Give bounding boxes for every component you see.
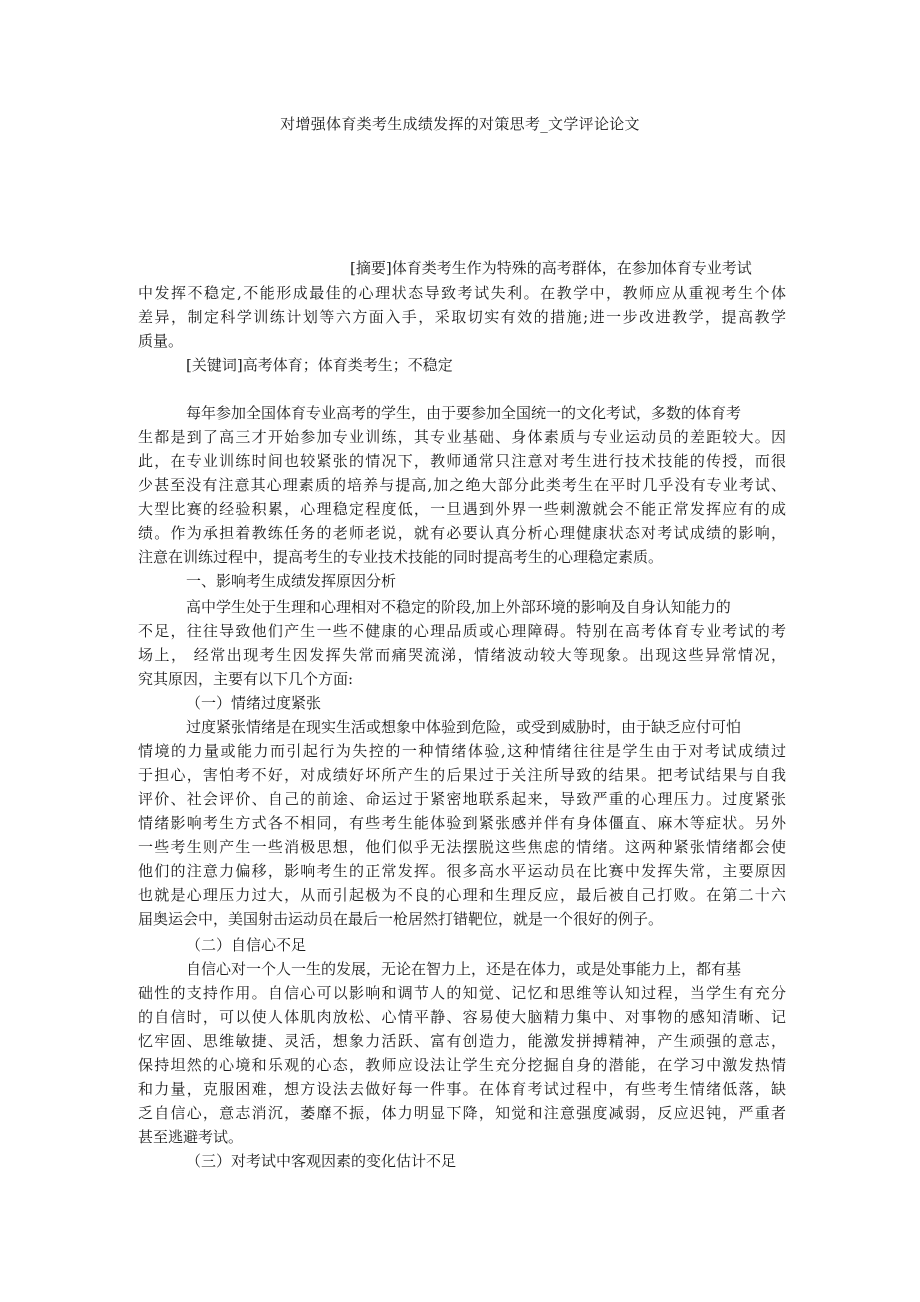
- text-line: [关键词]高考体育；体育类考生；不稳定: [186, 355, 453, 375]
- text-line: （三）对考试中客观因素的变化估计不足: [186, 1151, 456, 1171]
- text-line: [摘要]体育类考生作为特殊的高考群体，在参加体育专业考试: [350, 258, 752, 278]
- text-line: 础性的支持作用。自信心可以影响和调节人的知觉、记忆和思维等认知过程，当学生有充分: [138, 983, 786, 1003]
- text-line: （二）自信心不足: [186, 935, 306, 955]
- text-line: 届奥运会中，美国射击运动员在最后一枪居然打错靶位，就是一个很好的例子。: [138, 909, 663, 929]
- text-line: 情绪影响考生方式各不相同，有些考生能体验到紧张感并伴有身体僵直、麻木等症状。另外: [138, 813, 786, 833]
- text-line: 少甚至没有注意其心理素质的培养与提高,加之绝大部分此类考生在平时几乎没有专业考试…: [138, 475, 786, 495]
- text-line: 不足，往往导致他们产生一些不健康的心理品质或心理障碍。特别在高考体育专业考试的考: [138, 621, 786, 641]
- text-line: （一）情绪过度紧张: [186, 693, 321, 713]
- text-line: 评价、社会评价、自己的前途、命运过于紧密地联系起来，导致严重的心理压力。过度紧张: [138, 789, 786, 809]
- text-line: 场上， 经常出现考生因发挥失常而痛哭流涕，情绪波动较大等现象。出现这些异常情况，: [138, 645, 786, 665]
- text-line: 差异，制定科学训练计划等六方面入手，采取切实有效的措施;进一步改进教学，提高教学: [138, 307, 786, 327]
- text-line: 也就是心理压力过大，从而引起极为不良的心理和生理反应，最后被自己打败。在第二十六: [138, 885, 786, 905]
- text-line: 此，在专业训练时间也较紧张的情况下，教师通常只注意对考生进行技术技能的传授，而很: [138, 451, 786, 471]
- text-line: 究其原因，主要有以下几个方面:: [138, 669, 353, 689]
- text-line: 他们的注意力偏移，影响考生的正常发挥。很多高水平运动员在比赛中发挥失常，主要原因: [138, 861, 786, 881]
- text-line: 情境的力量或能力而引起行为失控的一种情绪体验,这种情绪往往是学生由于对考试成绩过: [138, 741, 786, 761]
- text-line: 大型比赛的经验积累，心理稳定程度低，一旦遇到外界一些刺激就会不能正常发挥应有的成: [138, 499, 786, 519]
- text-line: 保持坦然的心境和乐观的心态，教师应设法让学生充分挖掘自身的潜能，在学习中激发热情: [138, 1055, 786, 1075]
- text-line: 和力量，克服困难，想方设法去做好每一件事。在体育考试过程中，有些考生情绪低落，缺: [138, 1079, 786, 1099]
- text-line: 忆牢固、思维敏捷、灵活，想象力活跃、富有创造力，能激发拼搏精神，产生顽强的意志，: [138, 1031, 786, 1051]
- text-line: 生都是到了高三才开始参加专业训练，其专业基础、身体素质与专业运动员的差距较大。因: [138, 427, 786, 447]
- text-line: 自信心对一个人一生的发展，无论在智力上，还是在体力，或是处事能力上，都有基: [186, 959, 741, 979]
- text-line: 一、影响考生成绩发挥原因分析: [186, 571, 396, 591]
- text-line: 质量。: [138, 331, 183, 351]
- text-line: 的自信时，可以使人体肌肉放松、心情平静、容易使大脑精力集中、对事物的感知清晰、记: [138, 1007, 786, 1027]
- text-line: 注意在训练过程中，提高考生的专业技术技能的同时提高考生的心理稳定素质。: [138, 547, 663, 567]
- text-line: 每年参加全国体育专业高考的学生，由于要参加全国统一的文化考试，多数的体育考: [186, 403, 741, 423]
- text-line: 甚至逃避考试。: [138, 1127, 243, 1147]
- text-line: 乏自信心，意志消沉，萎靡不振，体力明显下降，知觉和注意强度减弱，反应迟钝，严重者: [138, 1103, 786, 1123]
- text-line: 高中学生处于生理和心理相对不稳定的阶段,加上外部环境的影响及自身认知能力的: [186, 597, 731, 617]
- text-line: 中发挥不稳定,不能形成最佳的心理状态导致考试失利。在教学中，教师应从重视考生个体: [138, 283, 786, 303]
- document-title: 对增强体育类考生成绩发挥的对策思考_文学评论论文: [0, 113, 920, 134]
- text-line: 过度紧张情绪是在现实生活或想象中体验到危险，或受到威胁时，由于缺乏应付可怕: [186, 717, 741, 737]
- text-line: 一些考生则产生一些消极思想，他们似乎无法摆脱这些焦虑的情绪。这两种紧张情绪都会使: [138, 837, 786, 857]
- text-line: 绩。作为承担着教练任务的老师老说，就有必要认真分析心理健康状态对考试成绩的影响，: [138, 523, 786, 543]
- text-line: 于担心，害怕考不好，对成绩好坏所产生的后果过于关注所导致的结果。把考试结果与自我: [138, 765, 786, 785]
